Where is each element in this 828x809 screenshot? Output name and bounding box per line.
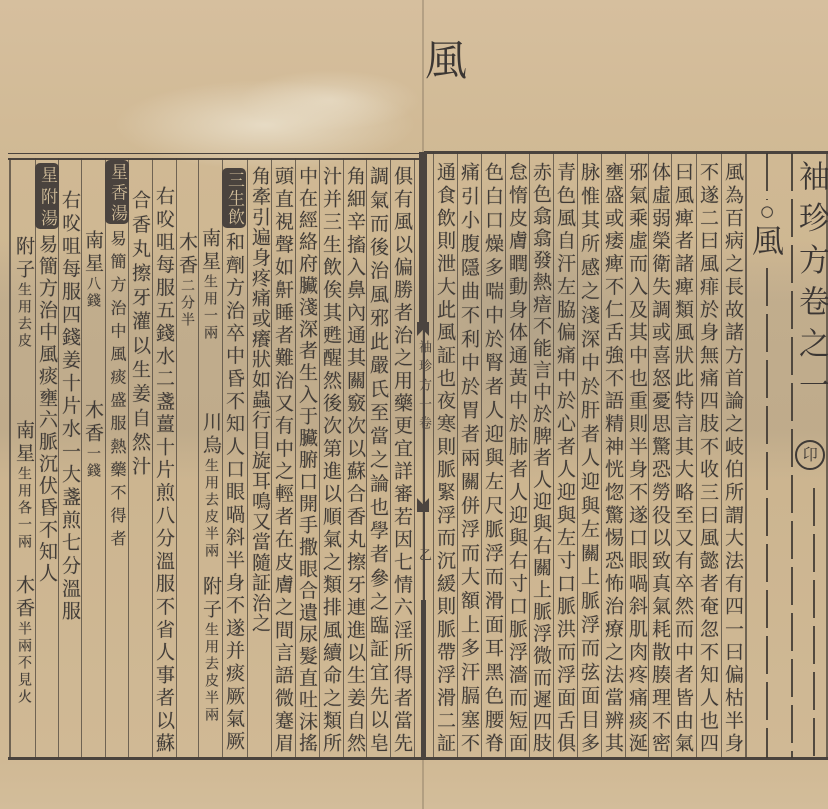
- recipe-indication: 和劑方治卒中昏不知人口眼喎斜半身不遂并痰厥氣厥: [223, 232, 245, 750]
- left-page-top-border: [8, 158, 422, 160]
- ingredient-name: 木香: [13, 575, 35, 621]
- ingredient: 木香半兩不見火: [13, 575, 35, 706]
- ingredient-name: 木香: [82, 400, 104, 446]
- ingredient: 南星八錢: [82, 230, 104, 310]
- column-divider: [247, 158, 248, 758]
- text-column: 風為百病之長故諸方首論之岐伯所謂大法有四一曰偏枯半身: [722, 162, 744, 752]
- ingredient-note: 生用一兩: [202, 274, 218, 342]
- ingredient: 木香二分半: [176, 232, 198, 329]
- text-column: 邪氣乘虛而入及其中也重則半身不遂口眼喎斜肌肉疼痛痰涎: [626, 162, 648, 752]
- recipe-directions: 合香丸擦牙灌以生姜自然汁: [129, 190, 151, 475]
- section-title: 風: [748, 224, 784, 264]
- ingredient-name: 南星: [82, 230, 104, 276]
- ingredient: 南星生用一兩: [199, 228, 221, 342]
- column-divider: [414, 158, 415, 758]
- text-column: 曰風痺者諸痺類風狀此特言其大略至又有卒然而中者皆由氣: [672, 162, 694, 752]
- ingredient-note: 生用各一兩: [16, 466, 32, 551]
- section-marker-circle: ○: [756, 202, 778, 224]
- left-page-left-border: [9, 158, 11, 758]
- recipe-source: 易簡方: [108, 230, 127, 299]
- text-column: 赤色翕翕發熱瘖不能言中於脾者人迎與右關上脈浮微而遲四肢: [530, 162, 552, 752]
- text-column: 不遂二曰風痱於身無痛四肢不收三曰風懿者奄忽不知人也四: [697, 162, 719, 752]
- recipe-indication: 易簡方治中風痰盛服熱藥不得者: [106, 230, 128, 546]
- column-divider-dashed: [813, 488, 815, 758]
- text-column: 壅盛或痿痺不仁舌強不語精神恍惚驚惕恐怖治療之法當辨其: [602, 162, 624, 752]
- ingredient: 附子生用去皮: [13, 236, 35, 350]
- ingredient-name: 附子: [200, 576, 222, 622]
- ingredient-note: 生用去皮半兩: [203, 622, 219, 724]
- recipe-directions: 右㕮咀每服五錢水二盞薑十片煎八分溫服不省人事者以蘇: [153, 186, 175, 752]
- text-column: 体虛弱榮衛失調或喜怒憂思驚恐勞役以致真氣耗散腠理不密: [649, 162, 671, 752]
- column-divider-dashed: [766, 268, 768, 758]
- text-column: 頭直視聲如鼾睡者難治又有中之輕者在皮膚之間言語微蹇眉: [272, 166, 294, 752]
- ingredient: 南星生用各一兩: [13, 420, 35, 551]
- ingredient-name: 附子: [13, 236, 35, 282]
- ingredient-note: 一錢: [85, 446, 101, 480]
- text-column: 中在經絡府臟淺深者生入于臟腑口開手撒眼合遺尿髮直吐沫搖: [296, 166, 318, 752]
- ingredient: 木香一錢: [82, 400, 104, 480]
- left-page-top-border: [8, 153, 422, 154]
- recipe-indication-text: 治卒中昏不知人口眼喎斜半身不遂并痰厥氣厥: [223, 300, 245, 750]
- recipe-indication-text: 治中風痰壅六脈沉伏昏不知人: [36, 300, 58, 582]
- ingredient: 川烏生用去皮半兩: [200, 412, 222, 560]
- text-column: 俱有風以偏勝者治之用藥更宜詳審若因七情六淫所得者當先: [391, 166, 413, 752]
- recipe-name-label: 星香湯: [105, 160, 129, 224]
- ingredient-note: 二分半: [179, 278, 195, 329]
- ingredient-name: 川烏: [200, 412, 222, 458]
- text-column: 角牽引遍身疼痛或癢狀如蟲行目旋耳鳴又當隨証治之: [249, 166, 271, 632]
- text-column: 脉惟其所感之淺深中於肝者人迎與左關上脈浮而弦面目多: [578, 162, 600, 752]
- text-column: 痛引小腹隱曲不利中於胃者兩關併浮而大額上多汗膈塞不: [458, 162, 480, 752]
- text-column: 通食飲則泄大此風証也夜寒則脈緊浮而沉緩則脈帶浮滑二証: [434, 162, 456, 752]
- ingredient-name: 南星: [13, 420, 35, 466]
- seal-mark: 卬: [795, 440, 825, 470]
- text-column: 汁并三生飲俟其甦醒然後次第進以順氣之類排風續命之類所: [320, 166, 342, 752]
- ingredient-name: 木香: [176, 232, 198, 278]
- ingredient-note: 生用去皮: [16, 282, 32, 350]
- recipe-indication-text: 治中風痰盛服熱藥不得者: [108, 299, 127, 546]
- recipe-name-label: 星附湯: [35, 163, 59, 229]
- column-divider-dashed: [766, 153, 768, 200]
- fold-center-line: [423, 152, 425, 758]
- ingredient-name: 南星: [199, 228, 221, 274]
- text-column: 角細辛搐入鼻內通其關竅次以蘇合香丸擦牙連進以生姜自然: [344, 166, 366, 752]
- recipe-source: 易簡方: [36, 234, 58, 300]
- text-column: 青色風自汗左脇偏痛中於心者人迎與左寸口脈洪而浮面舌俱: [554, 162, 576, 752]
- ingredient-note: 生用去皮半兩: [203, 458, 219, 560]
- bottom-border: [8, 757, 828, 760]
- text-column: 色白口燥多喘中於腎者人迎與左尺脈浮而滑面耳黑色腰脊: [482, 162, 504, 752]
- ingredient: 附子生用去皮半兩: [200, 576, 222, 724]
- recipe-name-label: 三生飲: [222, 168, 246, 228]
- text-column: 怠惰皮膚瞤動身体通黃中於肺者人迎與右寸口脈浮濇而短面: [506, 162, 528, 752]
- recipe-source: 和劑方: [223, 232, 245, 300]
- recipe-directions: 右㕮咀每服四錢姜十片水一大盞煎七分溫服: [59, 190, 81, 620]
- recipe-indication: 易簡方治中風痰壅六脈沉伏昏不知人: [36, 234, 58, 582]
- ingredient-note: 八錢: [85, 276, 101, 310]
- book-volume-title: 袖珍方卷之一: [795, 160, 827, 400]
- ingredient-note: 半兩不見火: [16, 621, 32, 706]
- text-column: 調氣而後治風邪此嚴氏至當之論也學者參之臨証宜先以皂: [367, 166, 389, 752]
- top-margin-heading: 風: [425, 28, 467, 88]
